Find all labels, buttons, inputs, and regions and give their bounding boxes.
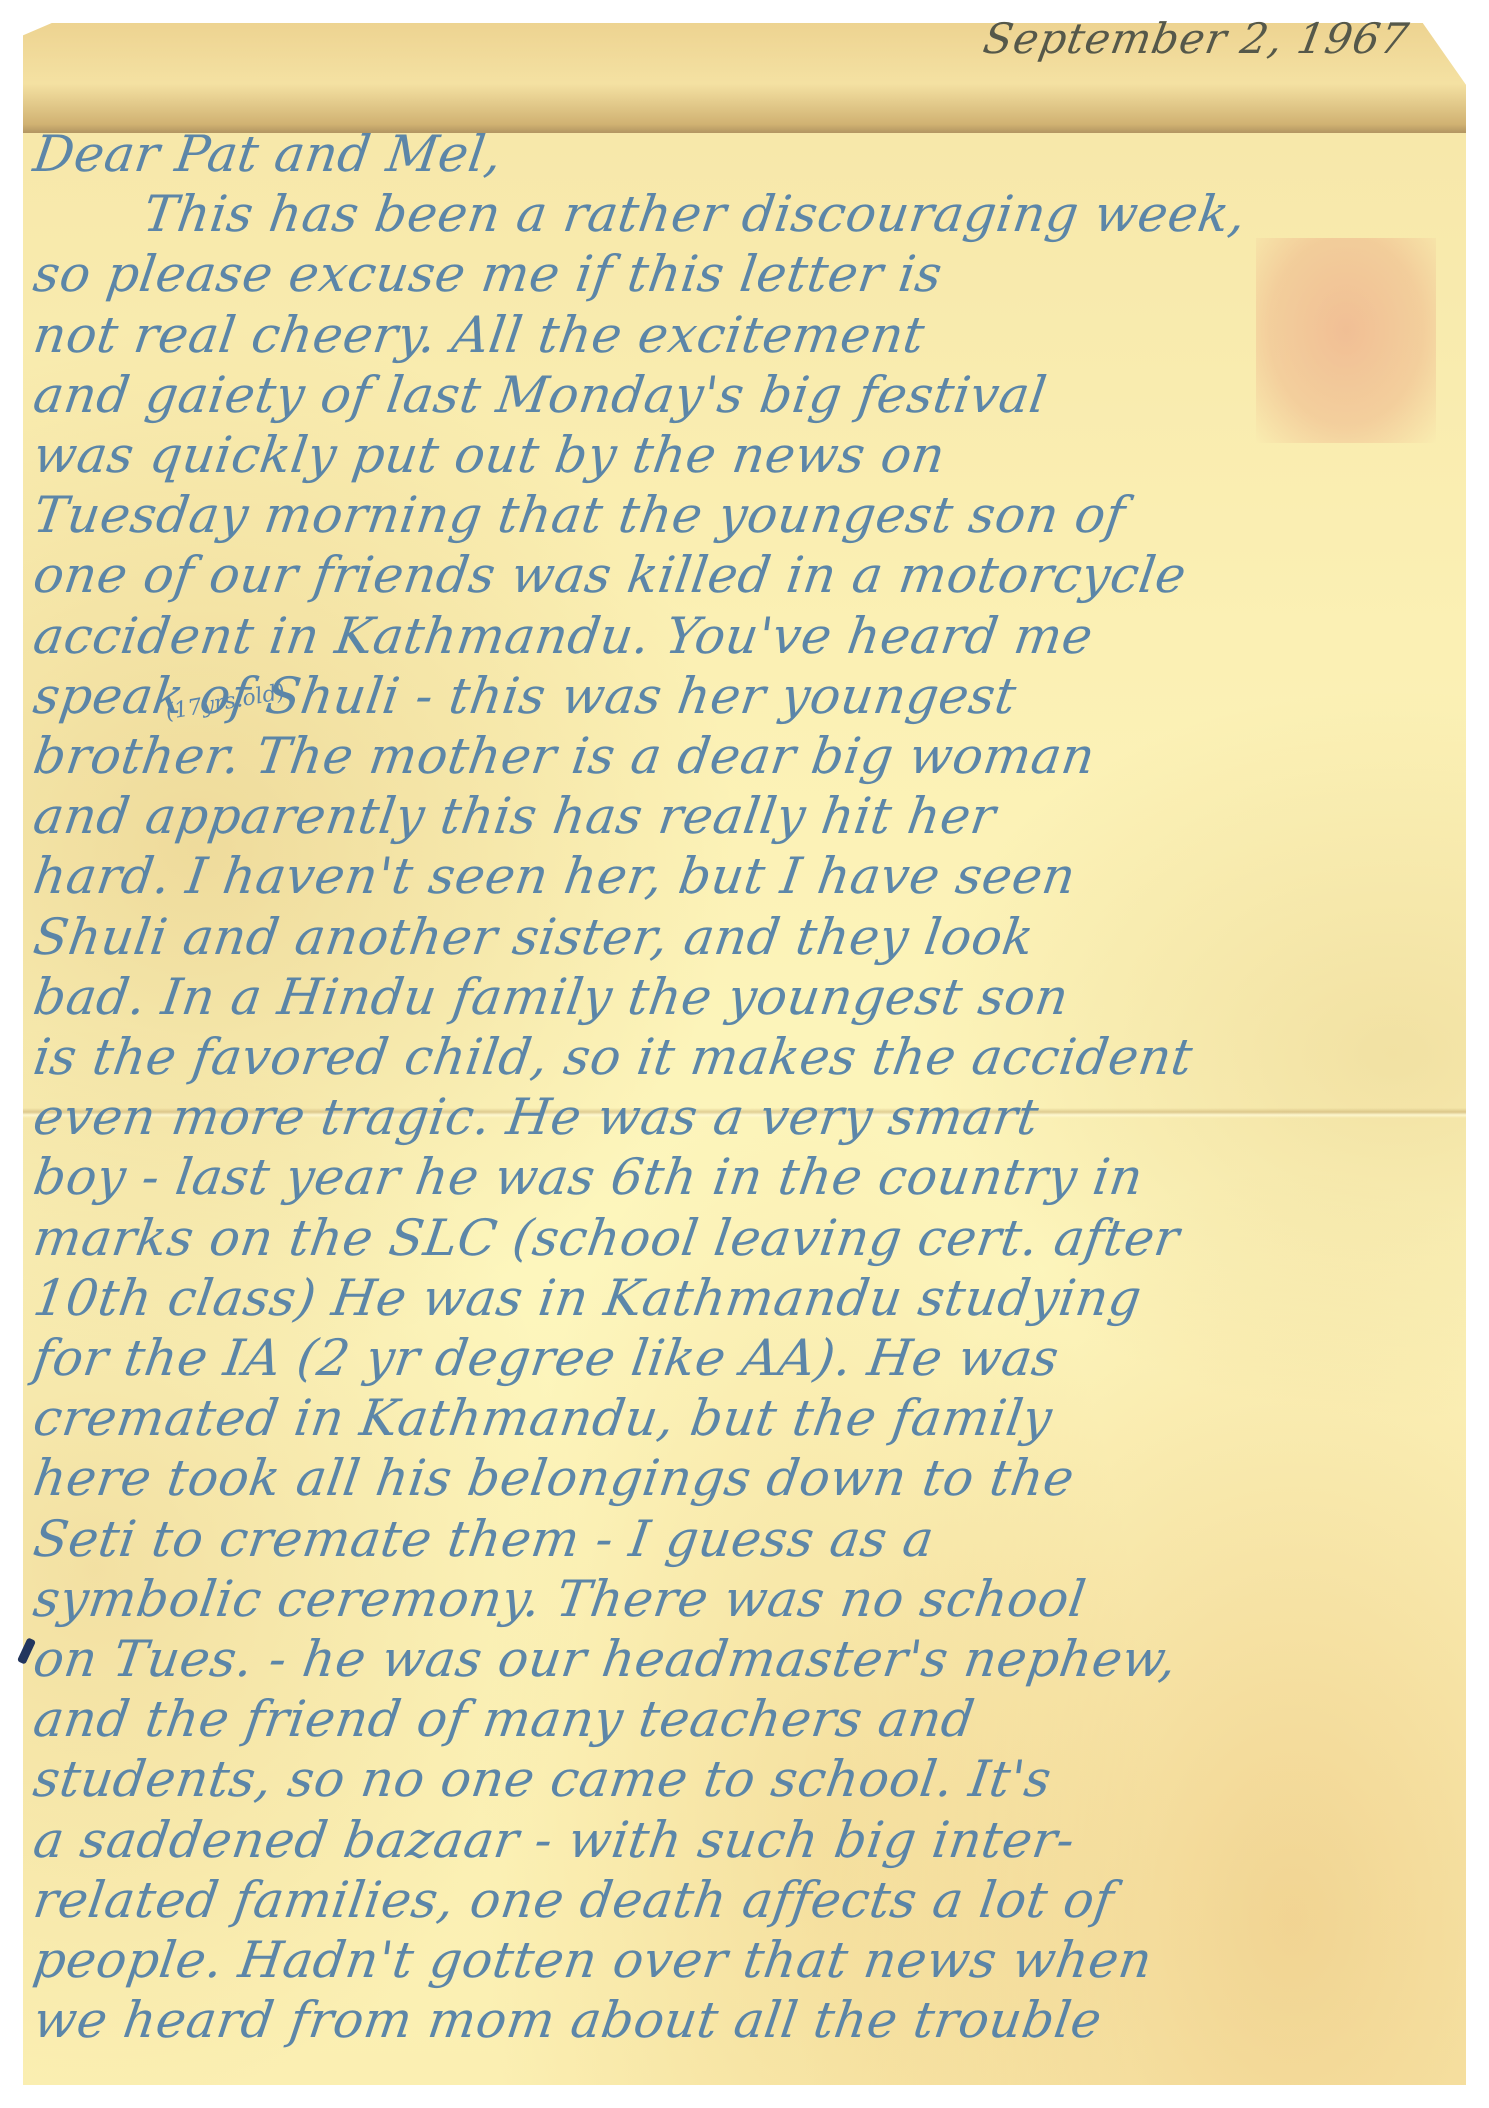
letter-line: marks on the SLC (school leaving cert. a…: [30, 1209, 1183, 1267]
letter-line: hard. I haven't seen her, but I have see…: [30, 847, 1079, 905]
letter-date: September 2, 1967: [980, 14, 1413, 63]
letter-line: one of our friends was killed in a motor…: [30, 546, 1190, 604]
letter-line: a saddened bazaar - with such big inter-: [30, 1811, 1078, 1869]
stamp-mark: [1256, 238, 1436, 443]
letter-line: is the favored child, so it makes the ac…: [30, 1028, 1196, 1086]
letter-line: 10th class) He was in Kathmandu studying: [30, 1269, 1145, 1327]
letter-line: Shuli and another sister, and they look: [30, 908, 1038, 966]
letter-line: Seti to cremate them - I guess as a: [30, 1510, 938, 1568]
letter-line: Tuesday morning that the youngest son of: [30, 486, 1129, 544]
letter-line: so please excuse me if this letter is: [30, 245, 946, 303]
letter-line: on Tues. - he was our headmaster's nephe…: [30, 1630, 1180, 1688]
letter-line: and apparently this has really hit her: [30, 787, 999, 845]
salutation: Dear Pat and Mel,: [30, 125, 506, 183]
letter-line: was quickly put out by the news on: [30, 426, 949, 484]
letter-line: students, so no one came to school. It's: [30, 1750, 1055, 1808]
letter-line: bad. In a Hindu family the youngest son: [30, 968, 1072, 1026]
letter-line: cremated in Kathmandu, but the family: [30, 1389, 1056, 1447]
letter-line: people. Hadn't gotten over that news whe…: [30, 1931, 1156, 1989]
letter-line: accident in Kathmandu. You've heard me: [30, 607, 1097, 665]
letter-line: not real cheery. All the excitement: [30, 306, 928, 364]
letter-line: symbolic ceremony. There was no school: [30, 1570, 1090, 1628]
letter-line: related families, one death affects a lo…: [30, 1871, 1118, 1929]
letter-line: for the IA (2 yr degree like AA). He was: [30, 1329, 1063, 1387]
letter-line: and the friend of many teachers and: [30, 1690, 978, 1748]
letter-line: and gaiety of last Monday's big festival: [30, 366, 1050, 424]
letter-line: brother. The mother is a dear big woman: [30, 727, 1099, 785]
letter-line: we heard from mom about all the trouble: [30, 1991, 1105, 2049]
letter-line: This has been a rather discouraging week…: [140, 185, 1250, 243]
letter-line: even more tragic. He was a very smart: [30, 1088, 1042, 1146]
letter-line: boy - last year he was 6th in the countr…: [30, 1148, 1147, 1206]
letter-line: here took all his belongings down to the: [30, 1449, 1078, 1507]
